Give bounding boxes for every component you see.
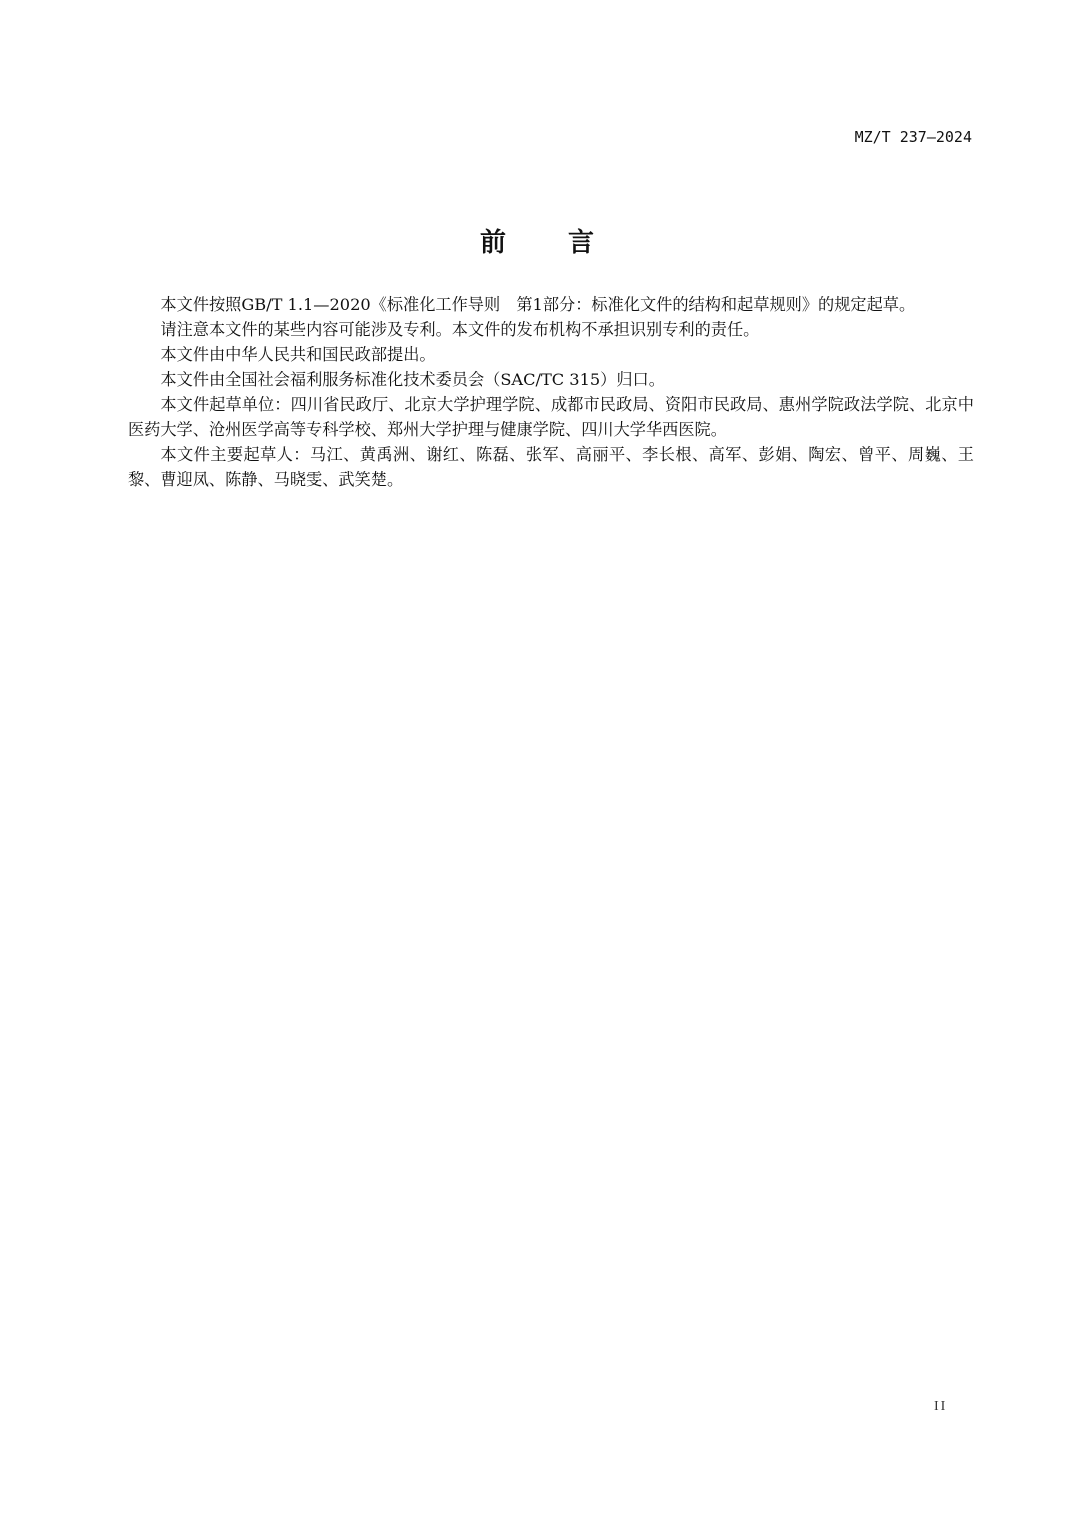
page-number: II bbox=[934, 1399, 947, 1415]
document-code: MZ/T 237—2024 bbox=[855, 128, 972, 146]
page-title: 前言 bbox=[0, 222, 1074, 259]
paragraph-proposer: 本文件由中华人民共和国民政部提出。 bbox=[128, 342, 974, 367]
paragraph-drafting-rules: 本文件按照GB/T 1.1—2020《标准化工作导则 第1部分：标准化文件的结构… bbox=[128, 292, 974, 317]
foreword-body: 本文件按照GB/T 1.1—2020《标准化工作导则 第1部分：标准化文件的结构… bbox=[128, 292, 974, 492]
paragraph-patent-notice: 请注意本文件的某些内容可能涉及专利。本文件的发布机构不承担识别专利的责任。 bbox=[128, 317, 974, 342]
paragraph-drafters: 本文件主要起草人：马江、黄禹洲、谢红、陈磊、张军、高丽平、李长根、高军、彭娟、陶… bbox=[128, 442, 974, 492]
title-char-2: 言 bbox=[568, 222, 594, 259]
paragraph-committee: 本文件由全国社会福利服务标准化技术委员会（SAC/TC 315）归口。 bbox=[128, 367, 974, 392]
title-char-1: 前 bbox=[480, 222, 506, 259]
paragraph-drafting-units: 本文件起草单位：四川省民政厅、北京大学护理学院、成都市民政局、资阳市民政局、惠州… bbox=[128, 392, 974, 442]
